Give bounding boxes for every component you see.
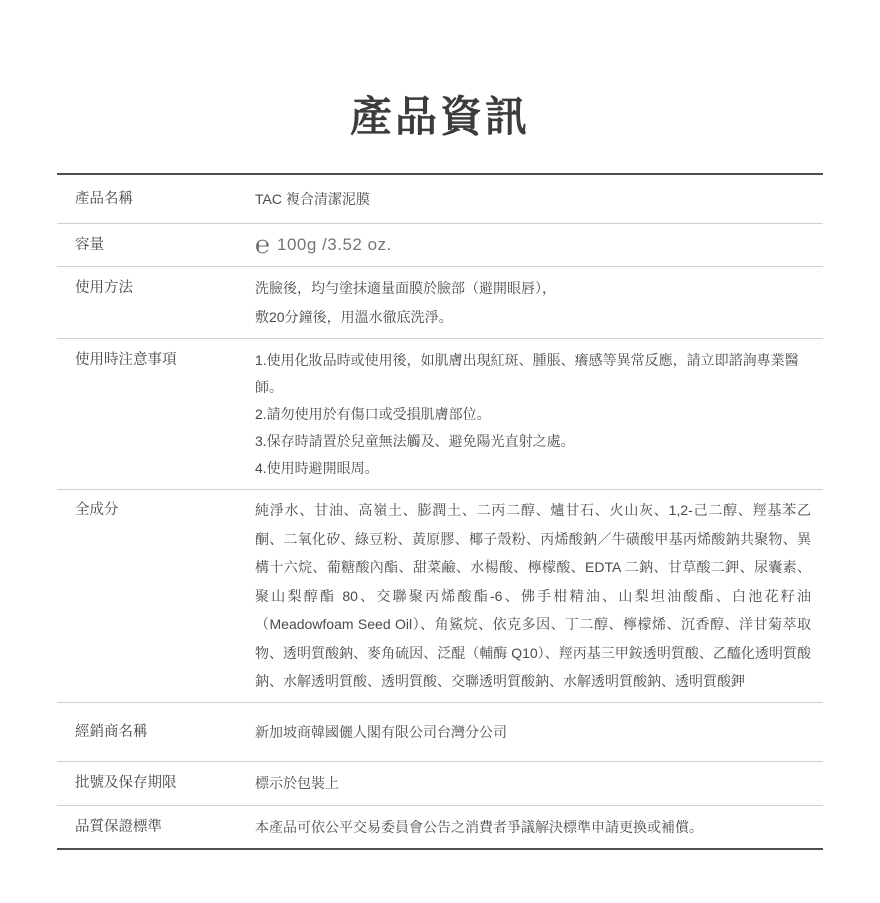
- row-label: 經銷商名稱: [57, 720, 255, 744]
- value-line: 2.請勿使用於有傷口或受損肌膚部位。: [255, 401, 811, 428]
- table-row-usage: 使用方法 洗臉後，均勻塗抹適量面膜於臉部（避開眼唇）， 敷20分鐘後，用溫水徹底…: [57, 267, 823, 339]
- value-line: 本產品可依公平交易委員會公告之消費者爭議解決標準申請更換或補償。: [255, 815, 811, 839]
- estimated-sign-icon: ℮: [255, 232, 270, 258]
- page-title: 產品資訊: [0, 0, 880, 140]
- row-label: 產品名稱: [57, 187, 255, 211]
- row-label: 品質保證標準: [57, 815, 255, 839]
- row-value: TAC 複合清潔泥膜: [255, 187, 823, 211]
- value-line: 洗臉後，均勻塗抹適量面膜於臉部（避開眼唇），: [255, 274, 811, 303]
- product-info-page: 產品資訊 產品名稱 TAC 複合清潔泥膜 容量 ℮ 100g /3.52 oz.…: [0, 0, 880, 903]
- row-label: 容量: [57, 232, 255, 258]
- row-value: ℮ 100g /3.52 oz.: [255, 232, 823, 258]
- ingredients-text: 純淨水、甘油、高嶺土、膨潤土、二丙二醇、爐甘石、火山灰、1,2-己二醇、羥基苯乙…: [255, 496, 811, 696]
- row-value: 純淨水、甘油、高嶺土、膨潤土、二丙二醇、爐甘石、火山灰、1,2-己二醇、羥基苯乙…: [255, 496, 823, 696]
- value-line: 4.使用時避開眼周。: [255, 455, 811, 482]
- table-row-precautions: 使用時注意事項 1.使用化妝品時或使用後，如肌膚出現紅斑、腫脹、癢感等異常反應，…: [57, 339, 823, 490]
- row-value: 新加坡商韓國儷人閣有限公司台灣分公司: [255, 720, 823, 744]
- table-row-product-name: 產品名稱 TAC 複合清潔泥膜: [57, 175, 823, 224]
- table-row-batch-expiry: 批號及保存期限 標示於包裝上: [57, 762, 823, 806]
- row-label: 全成分: [57, 496, 255, 696]
- table-row-capacity: 容量 ℮ 100g /3.52 oz.: [57, 224, 823, 267]
- row-value: 標示於包裝上: [255, 772, 823, 795]
- capacity-text: 100g /3.52 oz.: [277, 232, 392, 258]
- product-info-table: 產品名稱 TAC 複合清潔泥膜 容量 ℮ 100g /3.52 oz. 使用方法…: [57, 173, 823, 850]
- row-label: 使用方法: [57, 274, 255, 332]
- row-value: 本產品可依公平交易委員會公告之消費者爭議解決標準申請更換或補償。: [255, 815, 823, 839]
- row-value: 1.使用化妝品時或使用後，如肌膚出現紅斑、腫脹、癢感等異常反應，請立即諮詢專業醫…: [255, 347, 823, 482]
- row-label: 使用時注意事項: [57, 347, 255, 482]
- value-line: 標示於包裝上: [255, 772, 811, 795]
- value-line: 1.使用化妝品時或使用後，如肌膚出現紅斑、腫脹、癢感等異常反應，請立即諮詢專業醫…: [255, 347, 811, 401]
- value-line: TAC 複合清潔泥膜: [255, 187, 811, 211]
- capacity-value: ℮ 100g /3.52 oz.: [255, 232, 811, 258]
- value-line: 敷20分鐘後，用溫水徹底洗淨。: [255, 303, 811, 332]
- value-line: 3.保存時請置於兒童無法觸及、避免陽光直射之處。: [255, 428, 811, 455]
- table-row-ingredients: 全成分 純淨水、甘油、高嶺土、膨潤土、二丙二醇、爐甘石、火山灰、1,2-己二醇、…: [57, 490, 823, 703]
- value-line: 新加坡商韓國儷人閣有限公司台灣分公司: [255, 720, 811, 744]
- row-value: 洗臉後，均勻塗抹適量面膜於臉部（避開眼唇）， 敷20分鐘後，用溫水徹底洗淨。: [255, 274, 823, 332]
- row-label: 批號及保存期限: [57, 772, 255, 795]
- table-row-quality-guarantee: 品質保證標準 本產品可依公平交易委員會公告之消費者爭議解決標準申請更換或補償。: [57, 806, 823, 848]
- table-row-distributor: 經銷商名稱 新加坡商韓國儷人閣有限公司台灣分公司: [57, 703, 823, 762]
